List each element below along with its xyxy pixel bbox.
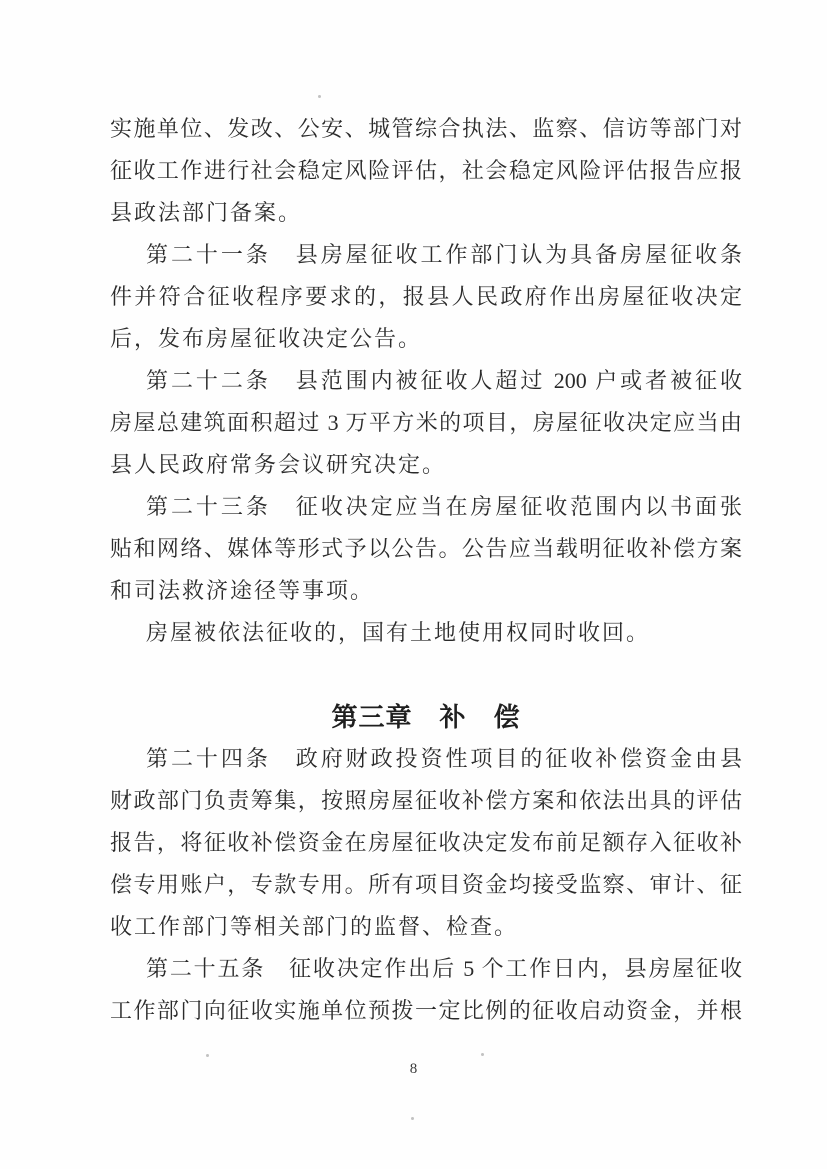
scan-speck [481, 1053, 484, 1056]
document-page: 实施单位、发改、公安、城管综合执法、监察、信访等部门对征收工作进行社会稳定风险评… [0, 0, 827, 1169]
text-line: 第二十三条 征收决定应当在房屋征收范围内以书面张 [110, 486, 742, 528]
text-line: 报告，将征收补偿资金在房屋征收决定发布前足额存入征收补 [110, 822, 742, 864]
text-line: 征收工作进行社会稳定风险评估，社会稳定风险评估报告应报 [110, 150, 742, 192]
text-line: 实施单位、发改、公安、城管综合执法、监察、信访等部门对 [110, 108, 742, 150]
scan-speck [206, 1054, 209, 1057]
scan-speck [411, 1117, 414, 1120]
text-line: 房屋总建筑面积超过 3 万平方米的项目，房屋征收决定应当由 [110, 402, 742, 444]
text-line: 和司法救济途径等事项。 [110, 570, 742, 612]
text-line: 偿专用账户，专款专用。所有项目资金均接受监察、审计、征 [110, 864, 742, 906]
text-line: 工作部门向征收实施单位预拨一定比例的征收启动资金，并根 [110, 990, 742, 1032]
chapter-heading: 第三章 补 偿 [110, 696, 742, 738]
paragraph: 第二十一条 县房屋征收工作部门认为具备房屋征收条件并符合征收程序要求的，报县人民… [110, 234, 742, 360]
text-line: 后，发布房屋征收决定公告。 [110, 318, 742, 360]
page-number: 8 [0, 1058, 827, 1080]
paragraph: 第二十四条 政府财政投资性项目的征收补偿资金由县财政部门负责筹集，按照房屋征收补… [110, 738, 742, 948]
text-line: 第二十一条 县房屋征收工作部门认为具备房屋征收条 [110, 234, 742, 276]
text-line: 贴和网络、媒体等形式予以公告。公告应当载明征收补偿方案 [110, 528, 742, 570]
paragraph: 第二十五条 征收决定作出后 5 个工作日内，县房屋征收工作部门向征收实施单位预拨… [110, 948, 742, 1032]
text-line: 县政法部门备案。 [110, 192, 742, 234]
text-line: 件并符合征收程序要求的，报县人民政府作出房屋征收决定 [110, 276, 742, 318]
text-line: 第二十五条 征收决定作出后 5 个工作日内，县房屋征收 [110, 948, 742, 990]
text-line: 财政部门负责筹集，按照房屋征收补偿方案和依法出具的评估 [110, 780, 742, 822]
document-body: 实施单位、发改、公安、城管综合执法、监察、信访等部门对征收工作进行社会稳定风险评… [110, 108, 742, 1032]
paragraph: 实施单位、发改、公安、城管综合执法、监察、信访等部门对征收工作进行社会稳定风险评… [110, 108, 742, 234]
paragraph: 第二十二条 县范围内被征收人超过 200 户或者被征收房屋总建筑面积超过 3 万… [110, 360, 742, 486]
text-line: 房屋被依法征收的，国有土地使用权同时收回。 [110, 612, 742, 654]
text-line: 第二十四条 政府财政投资性项目的征收补偿资金由县 [110, 738, 742, 780]
paragraph: 第二十三条 征收决定应当在房屋征收范围内以书面张贴和网络、媒体等形式予以公告。公… [110, 486, 742, 612]
text-line: 收工作部门等相关部门的监督、检查。 [110, 906, 742, 948]
paragraph: 房屋被依法征收的，国有土地使用权同时收回。 [110, 612, 742, 654]
scan-speck [318, 95, 321, 98]
text-line: 第二十二条 县范围内被征收人超过 200 户或者被征收 [110, 360, 742, 402]
chapter-title-text: 第三章 补 偿 [110, 696, 742, 738]
text-line: 县人民政府常务会议研究决定。 [110, 444, 742, 486]
